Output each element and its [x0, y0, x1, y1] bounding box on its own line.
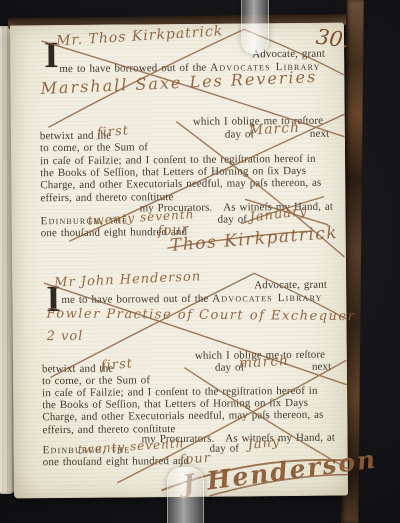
handwritten-year: four [179, 451, 211, 468]
handwritten-return-month: march [238, 353, 289, 372]
drop-cap: I [44, 41, 59, 71]
borrow-entry-1: Mr. Thos Kirkpatrick I Advocate, grant m… [10, 23, 346, 266]
printed-grant-line: Advocate, grant [254, 279, 327, 292]
photograph-of-ledger: 30. Mr. Thos Kirkpatrick I Advocate, gra… [0, 0, 400, 523]
page-holder-clip-bottom [167, 467, 204, 523]
handwritten-book-title: Fowler Practise of Court of Exchequer [46, 306, 355, 324]
borrower-signature: Thos Kirkpatrick [169, 223, 339, 256]
printed-day-of: day of [218, 213, 248, 225]
printed-sum-line: to come, or the Sum of [42, 374, 150, 387]
library-name: Advocates Library [212, 292, 322, 305]
printed-day-of: day of [210, 442, 240, 454]
handwritten-borrower-name: Mr John Henderson [54, 269, 202, 290]
handwritten-return-day: first [100, 356, 133, 373]
printed-borrowed-line: me to have borrowed out of the Advocates… [61, 292, 322, 306]
book-page: 30. Mr. Thos Kirkpatrick I Advocate, gra… [10, 23, 348, 499]
handwritten-borrower-name: Mr. Thos Kirkpatrick [56, 23, 224, 49]
printed-sum-line: to come, or the Sum of [40, 141, 148, 154]
page-holder-clip-top [241, 0, 269, 54]
printed-body-text: in caſe of Failzie; and I conſent to the… [40, 153, 342, 204]
printed-body-text: in caſe of Failzie; and I conſent to the… [42, 385, 344, 436]
handwritten-signing-month: Jany [247, 434, 281, 453]
printed-year-line: one thouſand eight hundred and [43, 455, 189, 468]
handwritten-book-volumes: 2 vol [47, 329, 84, 344]
handwritten-signing-day: twenty seventh [77, 436, 184, 456]
handwritten-return-month: March [248, 120, 300, 139]
handwritten-return-day: first [96, 123, 129, 140]
printed-next: next [310, 128, 329, 140]
printed-next: next [312, 361, 331, 373]
